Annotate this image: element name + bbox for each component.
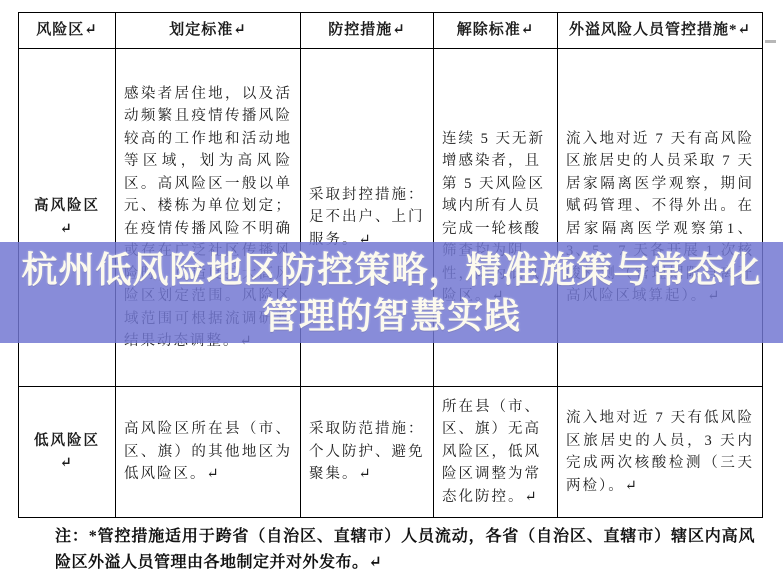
low-risk-release-cell: 所在县（市、区、旗）无高风险区，低风险区调整为常态化防控。↵ <box>434 387 558 518</box>
low-risk-designation-cell: 高风险区所在县（市、区、旗）的其他地区为低风险区。↵ <box>116 387 301 518</box>
header-risk-area: 风险区↵ <box>19 13 116 49</box>
header-control-measures: 防控措施↵ <box>301 13 434 49</box>
header-designation-standard: 划定标准↵ <box>116 13 301 49</box>
table-footnote: 注：*管控措施适用于跨省（自治区、直辖市）人员流动，各省（自治区、直辖市）辖区内… <box>55 524 755 576</box>
headline-title-line1: 杭州低风险地区防控策略，精准施策与常态化 <box>21 247 761 293</box>
header-release-standard: 解除标准↵ <box>434 13 558 49</box>
margin-revision-mark <box>765 40 776 43</box>
low-risk-measures-cell: 采取防范措施：个人防护、避免聚集。↵ <box>301 387 434 518</box>
low-risk-area-label: 低风险区↵ <box>19 387 116 518</box>
document-page: 风险区↵ 划定标准↵ 防控措施↵ 解除标准↵ 外溢风险人员管控措施*↵ 高风险区… <box>0 0 783 581</box>
table-header-row: 风险区↵ 划定标准↵ 防控措施↵ 解除标准↵ 外溢风险人员管控措施*↵ <box>19 13 763 49</box>
headline-overlay-banner: 杭州低风险地区防控策略，精准施策与常态化 管理的智慧实践 <box>0 242 783 343</box>
headline-title-line2: 管理的智慧实践 <box>262 293 521 339</box>
low-risk-spillover-cell: 流入地对近 7 天有低风险区旅居史的人员，3 天内完成两次核酸检测（三天两检）。… <box>558 387 763 518</box>
table-row-low-risk: 低风险区↵ 高风险区所在县（市、区、旗）的其他地区为低风险区。↵ 采取防范措施：… <box>19 387 763 518</box>
header-spillover-control: 外溢风险人员管控措施*↵ <box>558 13 763 49</box>
